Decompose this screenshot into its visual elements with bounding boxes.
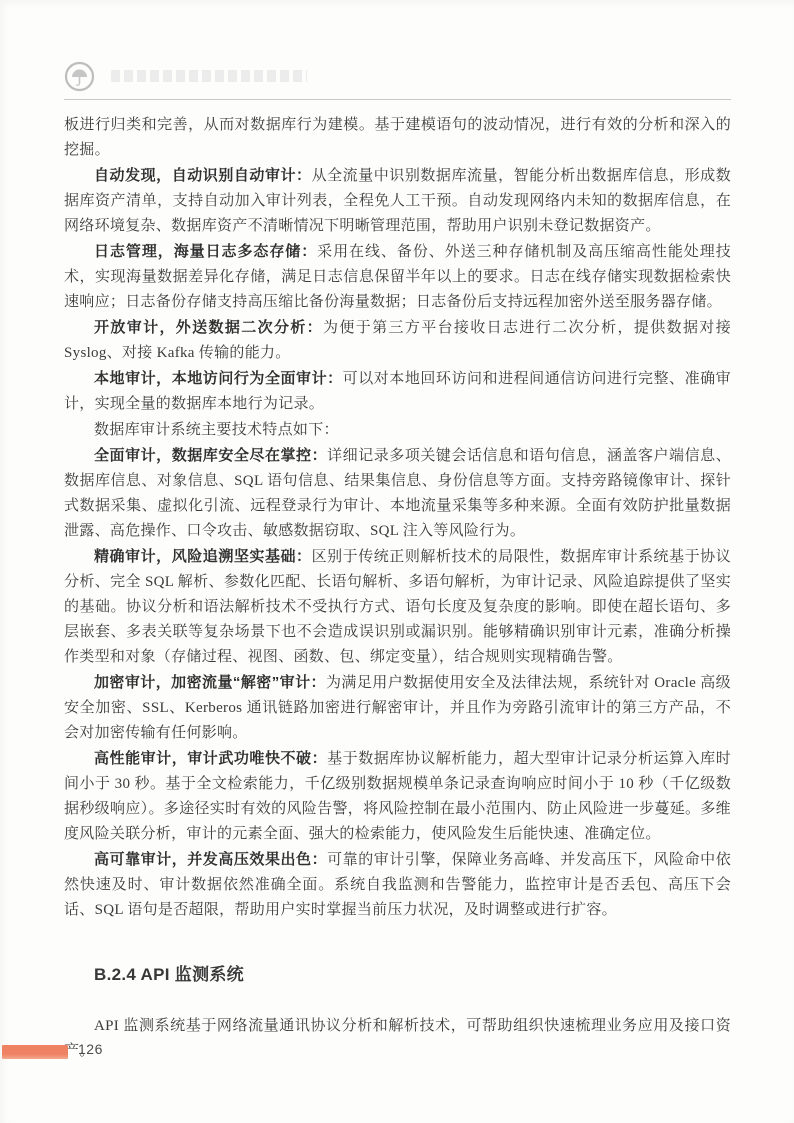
paragraph-lead: 精确审计，风险追溯坚实基础：: [94, 548, 312, 565]
paragraph-lead: 本地审计，本地访问行为全面审计：: [94, 370, 343, 387]
paragraph-lead: 日志管理，海量日志多态存储：: [94, 243, 317, 260]
paragraph-text: 板进行归类和完善，从而对数据库行为建模。基于建模语句的波动情况，进行有效的分析和…: [64, 117, 731, 158]
paragraph-lead: 高可靠审计，并发高压效果出色：: [94, 851, 327, 868]
section-heading: B.2.4 API 监测系统: [94, 962, 731, 987]
paragraph: 高性能审计，审计武功唯快不破：基于数据库协议解析能力，超大型审计记录分析运算入库…: [64, 746, 731, 847]
page-number: 126: [78, 1041, 103, 1057]
header-book-title-faint: [111, 70, 307, 82]
paragraph-lead: 加密审计，加密流量“解密”审计：: [94, 674, 326, 691]
paragraph-lead: 高性能审计，审计武功唯快不破：: [94, 750, 327, 767]
page-accent-bar: [2, 1045, 68, 1059]
section-intro-paragraph: API 监测系统基于网络流量通讯协议分析和解析技术，可帮助组织快速梳理业务应用及…: [64, 1014, 731, 1064]
paragraph: 日志管理，海量日志多态存储：采用在线、备份、外送三种存储机制及高压缩高性能处理技…: [64, 239, 731, 315]
paragraph-lead: 开放审计，外送数据二次分析：: [94, 319, 323, 336]
paragraph-lead: 自动发现，自动识别自动审计：: [94, 167, 312, 184]
paragraph: 自动发现，自动识别自动审计：从全流量中识别数据库流量，智能分析出数据库信息，形成…: [64, 163, 731, 239]
page-body: 板进行归类和完善，从而对数据库行为建模。基于建模语句的波动情况，进行有效的分析和…: [64, 112, 731, 1064]
paragraph: 本地审计，本地访问行为全面审计：可以对本地回环访问和进程间通信访问进行完整、准确…: [64, 366, 731, 417]
paragraph-text: 数据库审计系统主要技术特点如下：: [94, 422, 339, 438]
paragraph: 全面审计，数据库安全尽在掌控：详细记录多项关键会话信息和语句信息，涵盖客户端信息…: [64, 443, 731, 544]
paragraph-lead: 全面审计，数据库安全尽在掌控：: [94, 447, 327, 464]
paragraph: 加密审计，加密流量“解密”审计：为满足用户数据使用安全及法律法规，系统针对 Or…: [64, 670, 731, 746]
umbrella-logo-icon: [64, 61, 95, 92]
paragraph-text: 区别于传统正则解析技术的局限性，数据库审计系统基于协议分析、完全 SQL 解析、…: [64, 549, 731, 665]
paragraph-continuation: 板进行归类和完善，从而对数据库行为建模。基于建模语句的波动情况，进行有效的分析和…: [64, 112, 731, 163]
paragraph: 开放审计，外送数据二次分析：为便于第三方平台接收日志进行二次分析，提供数据对接 …: [64, 315, 731, 366]
paragraph: 数据库审计系统主要技术特点如下：: [64, 417, 731, 443]
page-header: [64, 61, 731, 100]
paragraph: 精确审计，风险追溯坚实基础：区别于传统正则解析技术的局限性，数据库审计系统基于协…: [64, 544, 731, 670]
paragraph-text: API 监测系统基于网络流量通讯协议分析和解析技术，可帮助组织快速梳理业务应用及…: [64, 1018, 731, 1059]
paragraph: 高可靠审计，并发高压效果出色：可靠的审计引擎，保障业务高峰、并发高压下，风险命中…: [64, 847, 731, 923]
